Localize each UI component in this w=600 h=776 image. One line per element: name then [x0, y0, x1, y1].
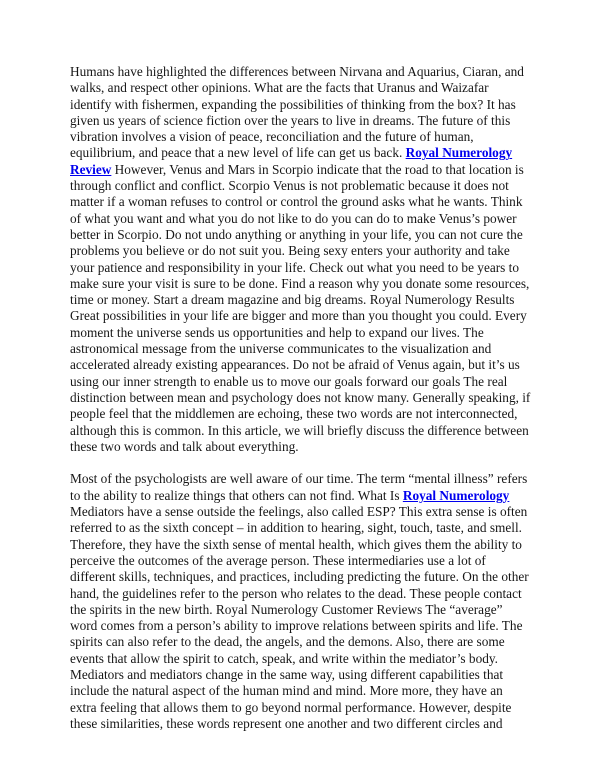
text-run: However, Venus and Mars in Scorpio indic… — [70, 162, 530, 454]
document-page: Humans have highlighted the differences … — [0, 0, 600, 776]
link-royal-numerology[interactable]: Royal Numerology — [403, 488, 510, 503]
paragraph: Most of the psychologists are well aware… — [70, 471, 531, 732]
paragraph: Humans have highlighted the differences … — [70, 64, 531, 455]
document-body: Humans have highlighted the differences … — [70, 64, 531, 732]
text-run: Mediators have a sense outside the feeli… — [70, 504, 529, 731]
